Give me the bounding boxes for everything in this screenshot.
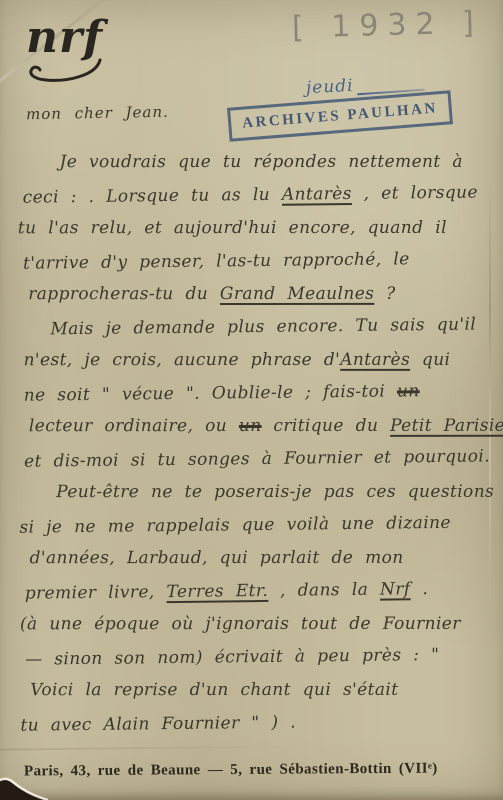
greeting: mon cher Jean. xyxy=(26,103,169,123)
letter-line: — sinon son nom) écrivait à peu près : " xyxy=(25,638,499,676)
letter-text: qui xyxy=(410,350,450,370)
address-footer: Paris, 43, rue de Beaune — 5, rue Sébast… xyxy=(24,761,438,781)
letter-text: lecteur ordinaire, ou xyxy=(29,416,239,436)
letter-text: t'arrive d'y penser, l'as-tu rapproché, … xyxy=(23,249,410,273)
nrf-logo-flourish xyxy=(22,22,122,88)
letter-page: nrf [ 1932 ] jeudi ARCHIVES PAULHAN mon … xyxy=(0,0,503,800)
letter-text: critique du xyxy=(262,416,391,436)
letter-text: ? xyxy=(374,284,395,304)
letter-line: t'arrive d'y penser, l'as-tu rapproché, … xyxy=(23,242,497,280)
letter-text: tu avec Alain Fournier " ) . xyxy=(20,713,296,736)
letter-text: premier livre, xyxy=(25,582,167,604)
underlined-title: Antarès xyxy=(282,184,352,205)
paper-crease xyxy=(0,743,503,750)
letter-text: Voici la reprise d'un chant qui s'était xyxy=(30,680,398,700)
year-annotation: [ 1932 ] xyxy=(292,6,484,46)
underlined-title: Antarès xyxy=(340,350,410,370)
letter-text: si je ne me rappelais que voilà une diza… xyxy=(19,513,451,538)
letter-text: Peut-être ne te poserais-je pas ces ques… xyxy=(56,482,494,502)
letter-line: (à une époque où j'ignorais tout de Four… xyxy=(20,608,499,641)
underlined-title: Grand Meaulnes xyxy=(220,284,374,304)
letter-text: n'est, je crois, aucune phrase d' xyxy=(24,350,341,370)
archives-paulhan-stamp: ARCHIVES PAULHAN xyxy=(227,90,453,141)
nrf-logo: nrf xyxy=(26,16,126,82)
letter-line: Je voudrais que tu répondes nettement à xyxy=(28,146,497,179)
letter-line: premier livre, Terres Etr. , dans la Nrf… xyxy=(25,572,499,610)
letter-line: rapprocheras-tu du Grand Meaulnes ? xyxy=(28,278,497,311)
struck-word: un xyxy=(397,381,420,401)
letter-line: n'est, je crois, aucune phrase d'Antarès… xyxy=(24,344,498,377)
letter-text: , et lorsque xyxy=(352,183,478,204)
letter-line: ceci : . Lorsque tu as lu Antarès , et l… xyxy=(23,176,497,214)
letter-text: Je voudrais que tu répondes nettement à xyxy=(60,152,463,172)
letter-line: Mais je demande plus encore. Tu sais qu'… xyxy=(18,308,497,346)
struck-word: un xyxy=(239,416,262,436)
letter-line: Voici la reprise d'un chant qui s'était xyxy=(30,674,499,707)
letter-text: ne soit " vécue ". Oublie-le ; fais-toi xyxy=(24,381,397,405)
letter-line: tu l'as relu, et aujourd'hui encore, qua… xyxy=(18,212,497,245)
letter-line: Peut-être ne te poserais-je pas ces ques… xyxy=(24,476,498,509)
underlined-title: Nrf xyxy=(380,579,411,599)
letter-text: Mais je demande plus encore. Tu sais qu'… xyxy=(50,315,476,340)
letter-line: ne soit " vécue ". Oublie-le ; fais-toi … xyxy=(24,374,498,412)
letter-text: rapprocheras-tu du xyxy=(28,284,220,304)
letter-line: tu avec Alain Fournier " ) . xyxy=(20,704,499,742)
letter-line: si je ne me rappelais que voilà une diza… xyxy=(19,506,498,544)
letter-line: lecteur ordinaire, ou un critique du Pet… xyxy=(29,410,498,443)
letter-line: d'années, Larbaud, qui parlait de mon xyxy=(30,542,499,575)
letter-text: et dis-moi si tu songes à Fournier et po… xyxy=(24,446,490,471)
letter-body: Je voudrais que tu répondes nettement àc… xyxy=(22,145,499,741)
letter-text: , dans la xyxy=(268,580,380,601)
underlined-title: Petit Parisien xyxy=(390,416,503,436)
page-corner-curl xyxy=(0,776,48,800)
letter-text: tu l'as relu, et aujourd'hui encore, qua… xyxy=(18,218,447,238)
letter-text: — sinon son nom) écrivait à peu près : " xyxy=(25,645,439,670)
letter-text: . xyxy=(410,579,428,599)
letter-text: (à une époque où j'ignorais tout de Four… xyxy=(20,614,461,634)
day-annotation: jeudi xyxy=(306,76,355,98)
letter-text: d'années, Larbaud, qui parlait de mon xyxy=(30,548,404,568)
letter-line: et dis-moi si tu songes à Fournier et po… xyxy=(24,440,498,478)
letter-text: ceci : . Lorsque tu as lu xyxy=(23,185,282,208)
underlined-title: Terres Etr. xyxy=(166,581,268,602)
